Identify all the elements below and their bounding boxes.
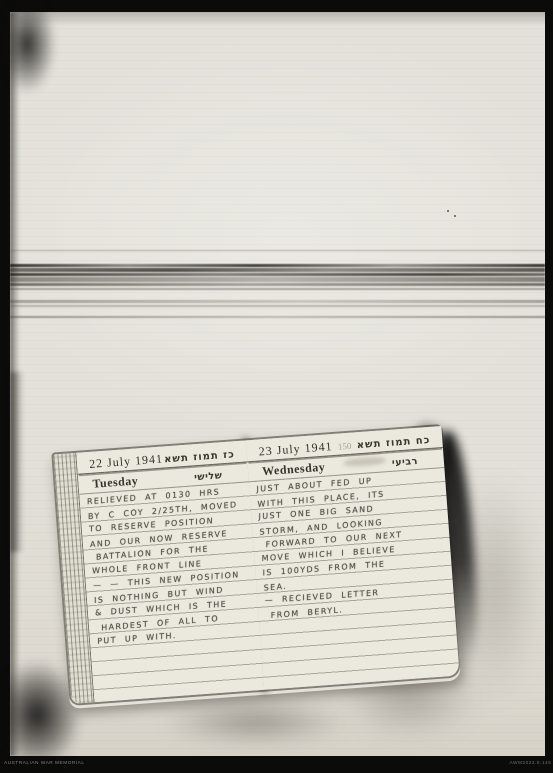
left-edge-smudge-dark	[10, 372, 24, 552]
handwriting-right: JUST ABOUT FED UPWITH THIS PLACE, ITSJUS…	[249, 468, 460, 689]
photocopy-streak-band	[10, 250, 545, 324]
archive-credit-label: AUSTRALIAN WAR MEMORIAL	[4, 761, 84, 766]
dust-speck	[454, 215, 456, 217]
page-number-stamp: 150	[338, 441, 352, 452]
corner-smudge-top-left	[0, 0, 56, 94]
hebrew-day-right: רביעי	[392, 456, 419, 469]
top-shading	[10, 12, 545, 26]
diary-page-left: 22 July 1941 כז תמוז תשא Tuesday שלישי R…	[76, 440, 264, 702]
open-diary: 22 July 1941 כז תמוז תשא Tuesday שלישי R…	[51, 424, 461, 706]
handwriting-left: RELIEVED AT 0130 HRSBY C COY 2/25TH, MOV…	[79, 482, 264, 701]
bottom-smudge	[160, 700, 350, 744]
diary-page-right: 23 July 1941 150 כח תמוז תשא Wednesday ר…	[246, 426, 460, 690]
catalog-number-label: AWM2022.8.145	[509, 761, 551, 766]
print-ghost-smudge	[343, 456, 385, 467]
photo-print: 22 July 1941 כז תמוז תשא Tuesday שלישי R…	[10, 12, 545, 756]
photograph-scan: { "colors": { "frame": "#0b0b0a", "paper…	[0, 0, 553, 773]
day-left: Tuesday	[92, 473, 139, 491]
dust-speck	[447, 210, 449, 212]
hebrew-day-left: שלישי	[194, 470, 223, 483]
